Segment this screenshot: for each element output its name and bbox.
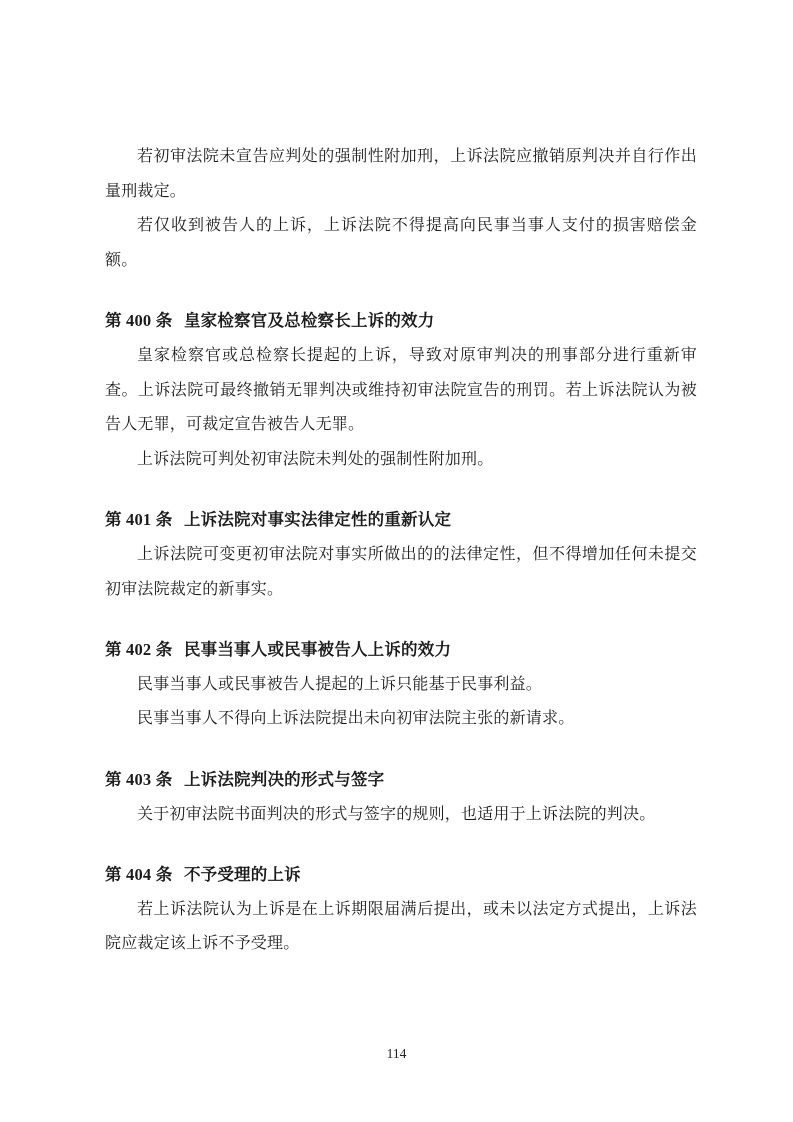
article-number: 第 400 条: [105, 311, 172, 330]
article-title: 不予受理的上诉: [184, 865, 301, 884]
article-title: 上诉法院判决的形式与签字: [184, 770, 384, 789]
article-400: 第 400 条皇家检察官及总检察长上诉的效力 皇家检察官或总检察长提起的上诉，导…: [105, 304, 697, 477]
article-number: 第 401 条: [105, 510, 172, 529]
paragraph: 若上诉法院认为上诉是在上诉期限届满后提出，或未以法定方式提出，上诉法院应裁定该上…: [105, 893, 697, 962]
paragraph: 关于初审法院书面判决的形式与签字的规则，也适用于上诉法院的判决。: [105, 798, 697, 833]
paragraph: 上诉法院可判处初审法院未判处的强制性附加刑。: [105, 443, 697, 478]
article-title: 民事当事人或民事被告人上诉的效力: [184, 640, 451, 659]
paragraph: 皇家检察官或总检察长提起的上诉，导致对原审判决的刑事部分进行重新审查。上诉法院可…: [105, 339, 697, 443]
paragraph: 上诉法院可变更初审法院对事实所做出的的法律定性，但不得增加任何未提交初审法院裁定…: [105, 538, 697, 607]
article-heading: 第 404 条不予受理的上诉: [105, 858, 697, 893]
article-402: 第 402 条民事当事人或民事被告人上诉的效力 民事当事人或民事被告人提起的上诉…: [105, 633, 697, 737]
paragraph: 民事当事人不得向上诉法院提出未向初审法院主张的新请求。: [105, 702, 697, 737]
article-403: 第 403 条上诉法院判决的形式与签字 关于初审法院书面判决的形式与签字的规则，…: [105, 763, 697, 832]
article-heading: 第 401 条上诉法院对事实法律定性的重新认定: [105, 503, 697, 538]
article-number: 第 404 条: [105, 865, 172, 884]
intro-paragraph: 若仅收到被告人的上诉，上诉法院不得提高向民事当事人支付的损害赔偿金额。: [105, 209, 697, 278]
article-401: 第 401 条上诉法院对事实法律定性的重新认定 上诉法院可变更初审法院对事实所做…: [105, 503, 697, 607]
article-title: 上诉法院对事实法律定性的重新认定: [184, 510, 451, 529]
article-title: 皇家检察官及总检察长上诉的效力: [184, 311, 435, 330]
article-heading: 第 400 条皇家检察官及总检察长上诉的效力: [105, 304, 697, 339]
intro-paragraph: 若初审法院未宣告应判处的强制性附加刑，上诉法院应撤销原判决并自行作出量刑裁定。: [105, 140, 697, 209]
article-heading: 第 402 条民事当事人或民事被告人上诉的效力: [105, 633, 697, 668]
article-heading: 第 403 条上诉法院判决的形式与签字: [105, 763, 697, 798]
article-404: 第 404 条不予受理的上诉 若上诉法院认为上诉是在上诉期限届满后提出，或未以法…: [105, 858, 697, 962]
document-content: 若初审法院未宣告应判处的强制性附加刑，上诉法院应撤销原判决并自行作出量刑裁定。 …: [0, 0, 793, 962]
page-number: 114: [0, 1047, 793, 1061]
paragraph: 民事当事人或民事被告人提起的上诉只能基于民事利益。: [105, 668, 697, 703]
article-number: 第 403 条: [105, 770, 172, 789]
article-number: 第 402 条: [105, 640, 172, 659]
document-page: 若初审法院未宣告应判处的强制性附加刑，上诉法院应撤销原判决并自行作出量刑裁定。 …: [0, 0, 793, 1122]
